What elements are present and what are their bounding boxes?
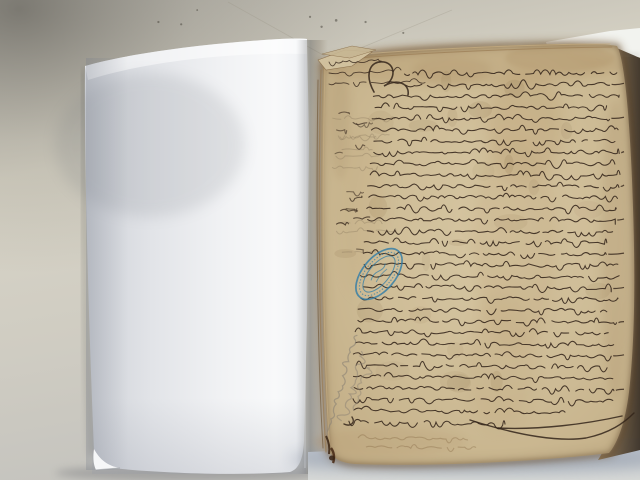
dust-speck xyxy=(180,23,182,25)
dust-speck xyxy=(196,9,198,11)
dust-speck xyxy=(335,19,338,22)
manuscript-page xyxy=(315,44,640,465)
dust-speck xyxy=(320,26,322,28)
left-page-curl-shade xyxy=(55,73,245,217)
parchment-mottle xyxy=(367,111,393,134)
stitch-knot xyxy=(329,456,335,461)
dust-speck xyxy=(402,32,404,34)
dust-speck xyxy=(364,21,366,23)
photo-stage: Open archival register: blank white flyl… xyxy=(0,0,640,480)
blank-left-page xyxy=(55,38,309,474)
parchment-mottle xyxy=(334,249,356,258)
left-page-bottom-shade xyxy=(92,398,306,474)
dust-speck xyxy=(309,16,311,18)
manuscript-photo: Open archival register: blank white flyl… xyxy=(0,0,640,480)
parchment-mottle xyxy=(468,101,492,118)
dust-speck xyxy=(157,21,159,23)
parchment-mottle xyxy=(369,196,388,219)
parchment-mottle xyxy=(447,107,457,126)
